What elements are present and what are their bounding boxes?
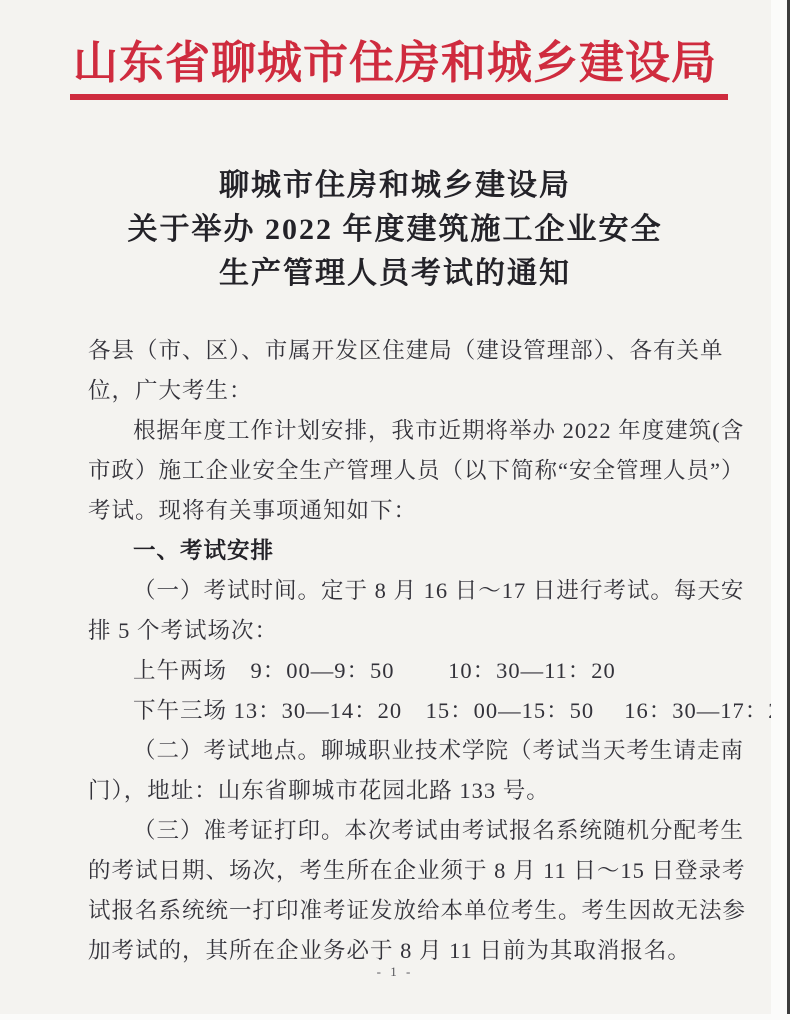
body-line: （二）考试地点。聊城职业技术学院（考试当天考生请走南 <box>88 731 738 771</box>
notice-body: 各县（市、区）、市属开发区住建局（建设管理部）、各有关单 位，广大考生： 根据年… <box>88 331 738 971</box>
body-line: （一）考试时间。定于 8 月 16 日～17 日进行考试。每天安 <box>88 571 738 611</box>
body-line: 市政）施工企业安全生产管理人员（以下简称“安全管理人员”） <box>88 451 738 491</box>
body-line: 各县（市、区）、市属开发区住建局（建设管理部）、各有关单 <box>88 331 738 371</box>
body-line-exam-sessions-am: 上午两场 9：00—9：50 10：30—11：20 <box>88 651 738 691</box>
body-line: 考试。现将有关事项通知如下： <box>88 491 738 531</box>
body-section-heading: 一、考试安排 <box>88 531 738 571</box>
body-line: 位，广大考生： <box>88 371 738 411</box>
notice-title: 聊城市住房和城乡建设局 关于举办 2022 年度建筑施工企业安全 生产管理人员考… <box>0 164 790 296</box>
letterhead-rule <box>70 94 728 100</box>
document-page: 山东省聊城市住房和城乡建设局 聊城市住房和城乡建设局 关于举办 2022 年度建… <box>0 0 790 1020</box>
page-number: - 1 - <box>0 964 790 980</box>
body-line: 试报名系统统一打印准考证发放给本单位考生。考生因故无法参 <box>88 891 738 931</box>
body-line: 门），地址：山东省聊城市花园北路 133 号。 <box>88 771 738 811</box>
body-line: 根据年度工作计划安排，我市近期将举办 2022 年度建筑(含 <box>88 411 738 451</box>
body-line: 排 5 个考试场次： <box>88 611 738 651</box>
notice-title-line-1: 聊城市住房和城乡建设局 <box>0 164 790 208</box>
scan-margin-bottom <box>0 1014 790 1020</box>
notice-title-line-2: 关于举办 2022 年度建筑施工企业安全 <box>0 208 790 252</box>
scan-margin-right <box>771 0 787 1020</box>
body-line: 的考试日期、场次，考生所在企业须于 8 月 11 日～15 日登录考 <box>88 851 738 891</box>
body-line: （三）准考证打印。本次考试由考试报名系统随机分配考生 <box>88 811 738 851</box>
letterhead-org-name: 山东省聊城市住房和城乡建设局 <box>0 26 790 91</box>
body-line-exam-sessions-pm: 下午三场 13：30—14：20 15：00—15：50 16：30—17：20 <box>88 691 738 731</box>
notice-title-line-3: 生产管理人员考试的通知 <box>0 252 790 296</box>
